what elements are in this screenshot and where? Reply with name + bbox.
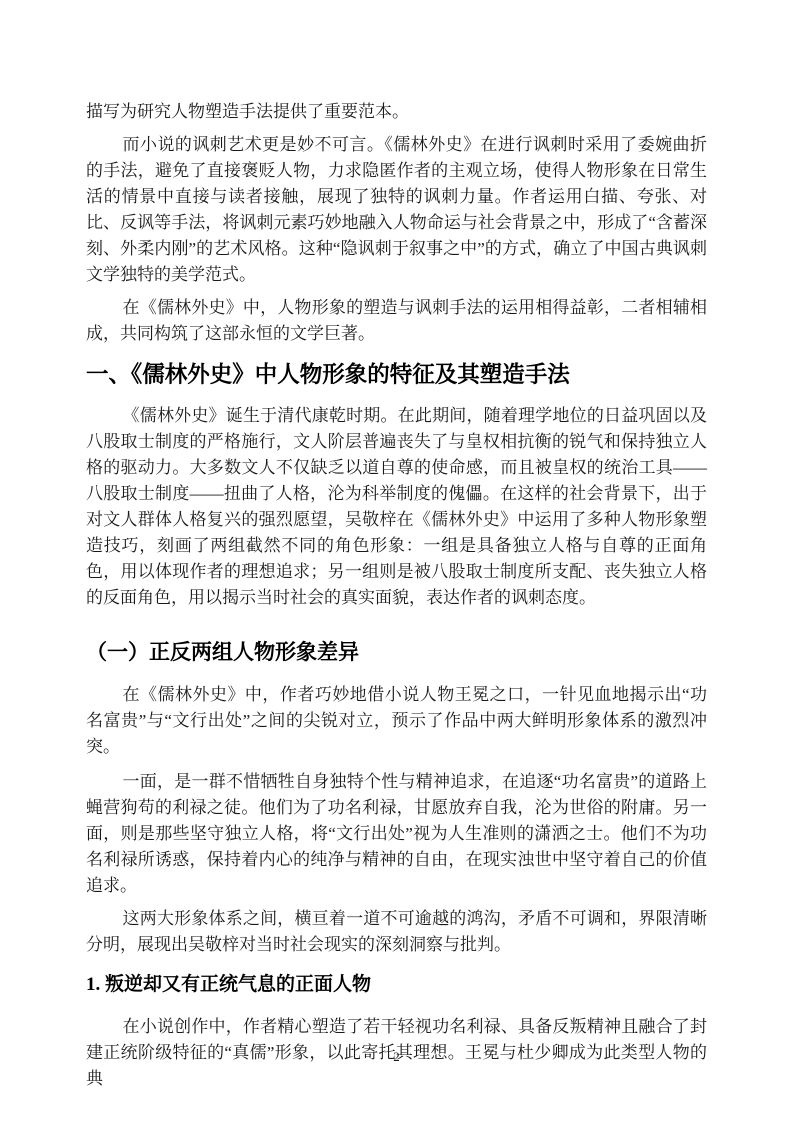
body-paragraph: 在《儒林外史》中，人物形象的塑造与讽刺手法的运用相得益彰，二者相辅相成，共同构筑…: [86, 295, 707, 347]
subsection-heading: 1. 叛逆却又有正统气息的正面人物: [86, 972, 707, 998]
body-paragraph: 一面，是一群不惜牺牲自身独特个性与精神追求，在追逐“功名富贵”的道路上蝇营狗苟的…: [86, 769, 707, 899]
body-paragraph: 这两大形象体系之间，横亘着一道不可逾越的鸿沟，矛盾不可调和，界限清晰分明，展现出…: [86, 906, 707, 958]
document-body: 描写为研究人物塑造手法提供了重要范本。 而小说的讽刺艺术更是妙不可言。《儒林外史…: [86, 99, 707, 1092]
chapter-heading: 一、《儒林外史》中人物形象的特征及其塑造手法: [86, 360, 707, 390]
body-paragraph: 《儒林外史》诞生于清代康乾时期。在此期间，随着理学地位的日益巩固以及八股取士制度…: [86, 403, 707, 611]
body-paragraph: 描写为研究人物塑造手法提供了重要范本。: [86, 99, 707, 125]
body-paragraph: 而小说的讽刺艺术更是妙不可言。《儒林外史》在进行讽刺时采用了委婉曲折的手法，避免…: [86, 132, 707, 288]
section-heading: （一）正反两组人物形象差异: [86, 638, 707, 666]
page-number: 2: [0, 1049, 793, 1065]
body-paragraph: 在《儒林外史》中，作者巧妙地借小说人物王冕之口，一针见血地揭示出“功名富贵”与“…: [86, 682, 707, 760]
document-page: 描写为研究人物塑造手法提供了重要范本。 而小说的讽刺艺术更是妙不可言。《儒林外史…: [0, 0, 793, 1122]
